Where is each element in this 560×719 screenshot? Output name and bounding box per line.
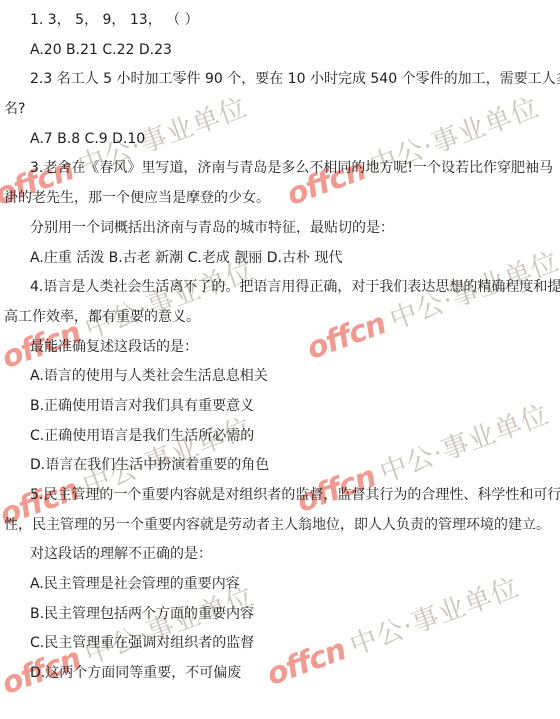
q3-stem-line-2: 褂的老先生，那一个便应当是摩登的少女。 [4,184,554,214]
q4-option-a: A.语言的使用与人类社会生活息息相关 [4,362,554,392]
q5-option-d: D.这两个方面同等重要，不可偏废 [4,659,554,689]
q5-option-c: C.民主管理重在强调对组织者的监督 [4,629,554,659]
q2-options: A.7 B.8 C.9 D.10 [4,125,554,155]
q5-option-b: B.民主管理包括两个方面的重要内容 [4,600,554,630]
document-page: offcn 中公·事业单位 offcn 中公·事业单位 offcn 中公·事业单… [0,0,560,719]
q4-option-c: C.正确使用语言是我们生活所必需的 [4,422,554,452]
q4-stem-line-1: 4.语言是人类社会生活离不了的。把语言用得正确，对于我们表达思想的精确程度和提 [4,273,554,303]
q3-stem-line-1: 3.老舍在《春风》里写道，济南与青岛是多么不相同的地方呢!一个设若比作穿肥袖马 [4,154,554,184]
q5-question: 对这段话的理解不正确的是： [4,540,554,570]
q4-option-b: B.正确使用语言对我们具有重要意义 [4,392,554,422]
q4-question: 最能准确复述这段话的是： [4,333,554,363]
q5-stem-line-2: 性，民主管理的另一个重要内容就是劳动者主人翁地位，即人人负责的管理环境的建立。 [4,511,554,541]
q5-stem-line-1: 5.民主管理的一个重要内容就是对组织者的监督，监督其行为的合理性、科学性和可行 [4,481,554,511]
q3-question: 分别用一个词概括出济南与青岛的城市特征，最贴切的是： [4,214,554,244]
q4-option-d: D.语言在我们生活中扮演着重要的角色 [4,451,554,481]
q2-stem-line-1: 2.3 名工人 5 小时加工零件 90 个，要在 10 小时完成 540 个零件… [4,65,554,95]
q3-options: A.庄重 活泼 B.古老 新潮 C.老成 靓丽 D.古朴 现代 [4,244,554,274]
q1-number-sequence: 1. 3， 5， 9， 13， （ ） [4,6,554,36]
question-text-block: 1. 3， 5， 9， 13， （ ） A.20 B.21 C.22 D.23 … [0,0,560,719]
q1-options: A.20 B.21 C.22 D.23 [4,36,554,66]
q5-option-a: A.民主管理是社会管理的重要内容 [4,570,554,600]
q2-stem-line-2: 名? [4,95,554,125]
q4-stem-line-2: 高工作效率，都有重要的意义。 [4,303,554,333]
